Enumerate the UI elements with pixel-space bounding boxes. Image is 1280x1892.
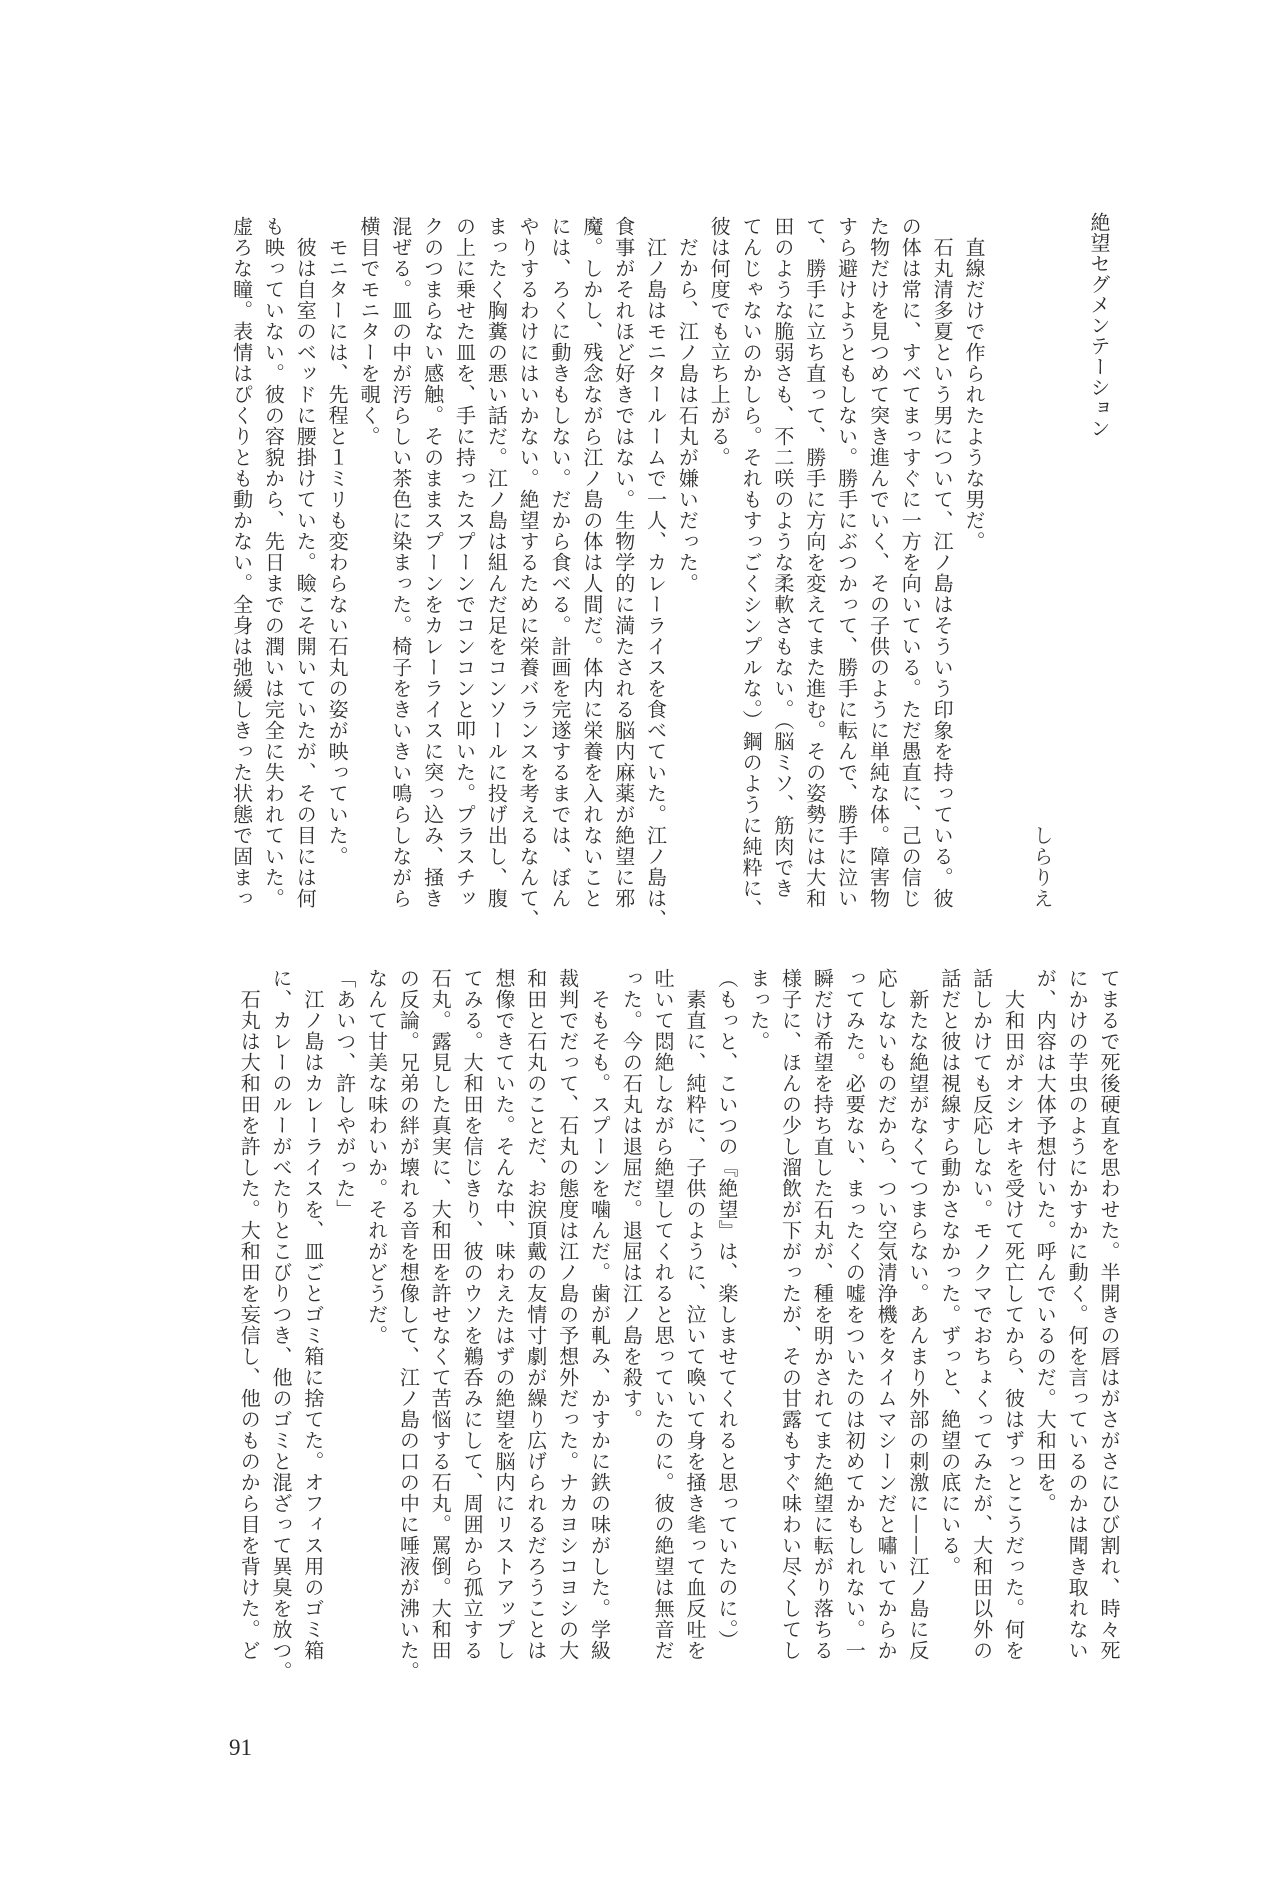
text-column: た物だけを見つめて突き進んでいく、その子供のように単純な体。障害物 <box>862 216 894 909</box>
text-column: 石丸。露見した真実に、大和田を許せなくて苦悩する石丸。罵倒。大和田 <box>423 968 455 1661</box>
book-page: 絶望セグメンテーション しらりえ 直線だけで作られたような男だ。 石丸清多夏とい… <box>0 0 1280 1892</box>
text-column: が、内容は大体予想付いた。呼んでいるのだ。大和田を。 <box>1028 968 1060 1661</box>
text-column: てまるで死後硬直を思わせた。半開きの唇はがさがさにひび割れ、時々死 <box>1092 968 1124 1661</box>
text-column: 瞬だけ希望を持ち直した石丸が、種を明かされてまた絶望に転がり落ちる <box>806 968 838 1661</box>
page-number: 91 <box>229 1736 252 1759</box>
text-column: 食事がそれほど好きではない。生物学的に満たされる脳内麻薬が絶望に邪 <box>607 216 639 909</box>
text-column: 話だと彼は視線すら動かさなかった。ずっと、絶望の底にいる。 <box>933 968 965 1661</box>
text-column: クのつまらない感触。そのままスプーンをカレーライスに突っ込み、掻き <box>416 216 448 909</box>
story-title: 絶望セグメンテーション <box>1083 212 1115 439</box>
text-column: てんじゃないのかしら。それもすっごくシンプルな。）鋼のように純粋に、 <box>734 216 766 909</box>
text-column: だから、江ノ島は石丸が嫌いだった。 <box>671 216 703 909</box>
text-column: 新たな絶望がなくてつまらない。あんまり外部の刺激に——江ノ島に反 <box>901 968 933 1661</box>
text-column: の反論。兄弟の絆が壊れる音を想像して、江ノ島の口の中に唾液が沸いた。 <box>392 968 424 1661</box>
text-column: 彼は何度でも立ち上がる。 <box>702 216 734 909</box>
text-column: 応しないものだから、つい空気清浄機をタイムマシーンだと嘯いてからか <box>869 968 901 1661</box>
text-column: てみる。大和田を信じきり、彼のウソを鵜呑みにして、周囲から孤立する <box>455 968 487 1661</box>
text-column: 魔。しかし、残念ながら江ノ島の体は人間だ。体内に栄養を入れないこと <box>575 216 607 909</box>
lower-text-block: てまるで死後硬直を思わせた。半開きの唇はがさがさにひび割れ、時々死 にかけの芋虫… <box>232 968 1124 1661</box>
text-column: そもそも。スプーンを噛んだ。歯が軋み、かすかに鉄の味がした。学級 <box>583 968 615 1661</box>
text-column: すら避けようともしない。勝手にぶつかって、勝手に転んで、勝手に泣い <box>830 216 862 909</box>
text-column: やりするわけにはいかない。絶望するために栄養バランスを考えるなんて、 <box>511 216 543 909</box>
text-column: 直線だけで作られたような男だ。 <box>957 216 989 909</box>
text-column: （もっと、こいつの『絶望』は、楽しませてくれると思っていたのに。） <box>710 968 742 1661</box>
text-column: 横目でモニターを覗く。 <box>352 216 384 909</box>
text-column: った。今の石丸は退屈だ。退屈は江ノ島を殺す。 <box>614 968 646 1661</box>
text-column: まったく胸糞の悪い話だ。江ノ島は組んだ足をコンソールに投げ出し、腹 <box>479 216 511 909</box>
text-column: も映っていない。彼の容貌から、先日までの潤いは完全に失われていた。 <box>257 216 289 909</box>
text-column: には、ろくに動きもしない。だから食べる。計画を完遂するまでは、ぼん <box>543 216 575 909</box>
text-column: 田のような脆弱さも、不二咲のような柔軟さもない。（脳ミソ、筋肉でき <box>766 216 798 909</box>
text-column: 想像できていた。そんな中、味わえたはずの絶望を脳内にリストアップし <box>487 968 519 1661</box>
text-column: なんて甘美な味わいか。それがどうだ。 <box>360 968 392 1661</box>
text-column: の体は常に、すべてまっすぐに一方を向いている。ただ愚直に、己の信じ <box>893 216 925 909</box>
text-column: ってみた。必要ない、まったくの嘘をついたのは初めてかもしれない。一 <box>837 968 869 1661</box>
text-column: 裁判でだって、石丸の態度は江ノ島の予想外だった。ナカヨシコヨシの大 <box>551 968 583 1661</box>
text-column: 虚ろな瞳。表情はぴくりとも動かない。全身は弛緩しきった状態で固まっ <box>225 216 257 909</box>
text-column: 江ノ島はカレーライスを、皿ごとゴミ箱に捨てた。オフィス用のゴミ箱 <box>296 968 328 1661</box>
text-column: 和田と石丸のことだ、お涙頂戴の友情寸劇が繰り広げられるだろうことは <box>519 968 551 1661</box>
text-column: モニターには、先程と１ミリも変わらない石丸の姿が映っていた。 <box>320 216 352 909</box>
text-column: 彼は自室のベッドに腰掛けていた。瞼こそ開いていたが、その目には何 <box>288 216 320 909</box>
text-column: の上に乗せた皿を、手に持ったスプーンでコンコンと叩いた。プラスチッ <box>448 216 480 909</box>
text-column: 様子に、ほんの少し溜飲が下がったが、その甘露もすぐ味わい尽くしてし <box>774 968 806 1661</box>
text-column: 石丸清多夏という男について、江ノ島はそういう印象を持っている。彼 <box>925 216 957 909</box>
author-name: しらりえ <box>1026 825 1058 909</box>
text-column: 「あいつ、許しやがった」 <box>328 968 360 1661</box>
text-column: まった。 <box>742 968 774 1661</box>
text-column: 大和田がオシオキを受けて死亡してから、彼はずっとこうだった。何を <box>997 968 1029 1661</box>
text-column: 吐いて悶絶しながら絶望してくれると思っていたのに。彼の絶望は無音だ <box>646 968 678 1661</box>
text-column: 素直に、純粋に、子供のように、泣いて喚いて身を掻き毟って血反吐を <box>678 968 710 1661</box>
text-column: 話しかけても反応しない。モノクマでおちょくってみたが、大和田以外の <box>965 968 997 1661</box>
text-column: 江ノ島はモニタールームで一人、カレーライスを食べていた。江ノ島は、 <box>639 216 671 909</box>
text-column: 混ぜる。皿の中が汚らしい茶色に染まった。椅子をきいきい鳴らしながら <box>384 216 416 909</box>
text-column: に、カレーのルーがべたりとこびりつき、他のゴミと混ざって異臭を放つ。 <box>264 968 296 1661</box>
text-column: て、勝手に立ち直って、勝手に方向を変えてまた進む。その姿勢には大和 <box>798 216 830 909</box>
upper-text-block: 直線だけで作られたような男だ。 石丸清多夏という男について、江ノ島はそういう印象… <box>225 216 989 909</box>
text-column: にかけの芋虫のようにかすかに動く。何を言っているのかは聞き取れない <box>1060 968 1092 1661</box>
text-column: 石丸は大和田を許した。大和田を妄信し、他のものから目を背けた。ど <box>232 968 264 1661</box>
